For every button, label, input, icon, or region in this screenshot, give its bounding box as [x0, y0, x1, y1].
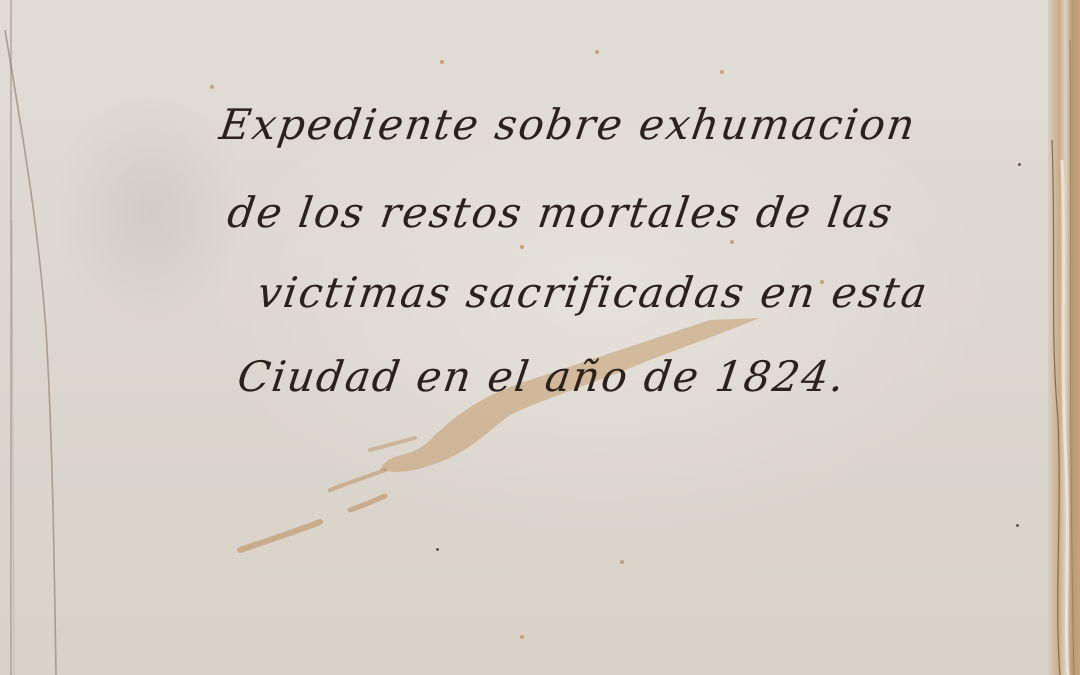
- left-folded-edge: [0, 0, 60, 675]
- ink-dot: [436, 548, 439, 551]
- foxing-spot: [520, 245, 524, 249]
- handwritten-line-1: Expediente sobre exhumacion: [217, 100, 920, 149]
- page-edge-line: [10, 0, 12, 675]
- document-photo: Expediente sobre exhumacion de los resto…: [0, 0, 1080, 675]
- foxing-spot: [440, 60, 444, 64]
- water-stain-icon: [210, 300, 770, 560]
- handwritten-line-2: de los restos mortales de las: [225, 188, 898, 237]
- ink-dot: [1018, 163, 1021, 166]
- foxing-spot: [595, 50, 599, 54]
- handwritten-line-4: Ciudad en el año de 1824.: [235, 352, 850, 401]
- foxing-spot: [730, 240, 734, 244]
- foxing-spot: [720, 70, 724, 74]
- ink-dot: [1016, 524, 1019, 527]
- stacked-page-edges: [1048, 0, 1080, 675]
- paper-page: Expediente sobre exhumacion de los resto…: [0, 0, 1062, 675]
- foxing-spot: [210, 85, 214, 89]
- torn-edge-icon: [1048, 0, 1080, 675]
- handwritten-line-3: victimas sacrificadas en esta: [255, 268, 932, 317]
- foxing-spot: [520, 635, 524, 639]
- foxing-spot: [620, 560, 624, 564]
- fold-crease-icon: [0, 0, 60, 675]
